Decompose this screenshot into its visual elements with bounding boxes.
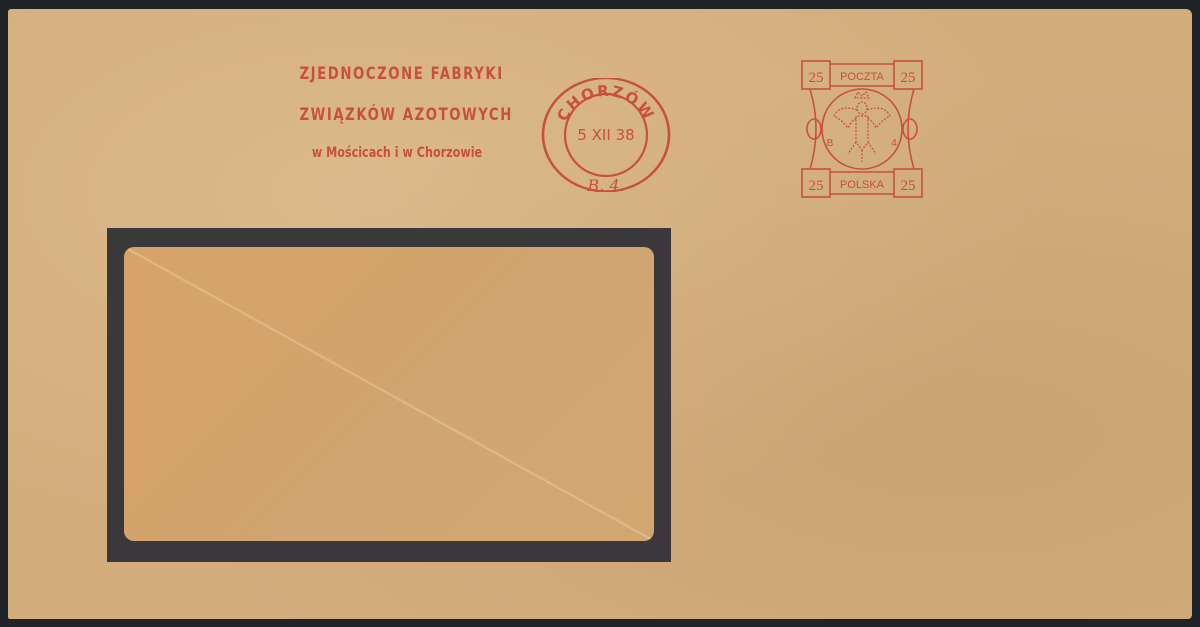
meter-side-letter-right: 4 xyxy=(891,138,897,149)
meter-stamp: 25 25 25 25 POCZTA POLSKA B 4 xyxy=(800,58,924,200)
sender-company-line2: ZWIĄZKÓW AZOTOWYCH xyxy=(300,105,495,125)
meter-value-bottom-left: 25 xyxy=(809,178,824,194)
postmark-office-code: B. 4. xyxy=(586,176,624,192)
meter-side-letter-left: B xyxy=(827,138,834,149)
meter-value-top-right: 25 xyxy=(901,70,916,86)
meter-value-top-left: 25 xyxy=(809,70,824,86)
sender-company-line1: ZJEDNOCZONE FABRYKI xyxy=(300,64,495,84)
address-window xyxy=(124,247,654,541)
polish-eagle-icon xyxy=(834,92,890,162)
sender-imprint: ZJEDNOCZONE FABRYKI ZWIĄZKÓW AZOTOWYCH w… xyxy=(272,62,522,161)
postmark-date: 5 XII 38 xyxy=(577,126,634,144)
meter-top-label: POCZTA xyxy=(840,71,884,83)
sender-locations: w Mościcach i w Chorzowie xyxy=(297,145,497,161)
meter-bottom-label: POLSKA xyxy=(840,179,885,191)
postmark: CHORZÓW 5 XII 38 B. 4. xyxy=(540,78,672,192)
meter-value-bottom-right: 25 xyxy=(901,178,916,194)
